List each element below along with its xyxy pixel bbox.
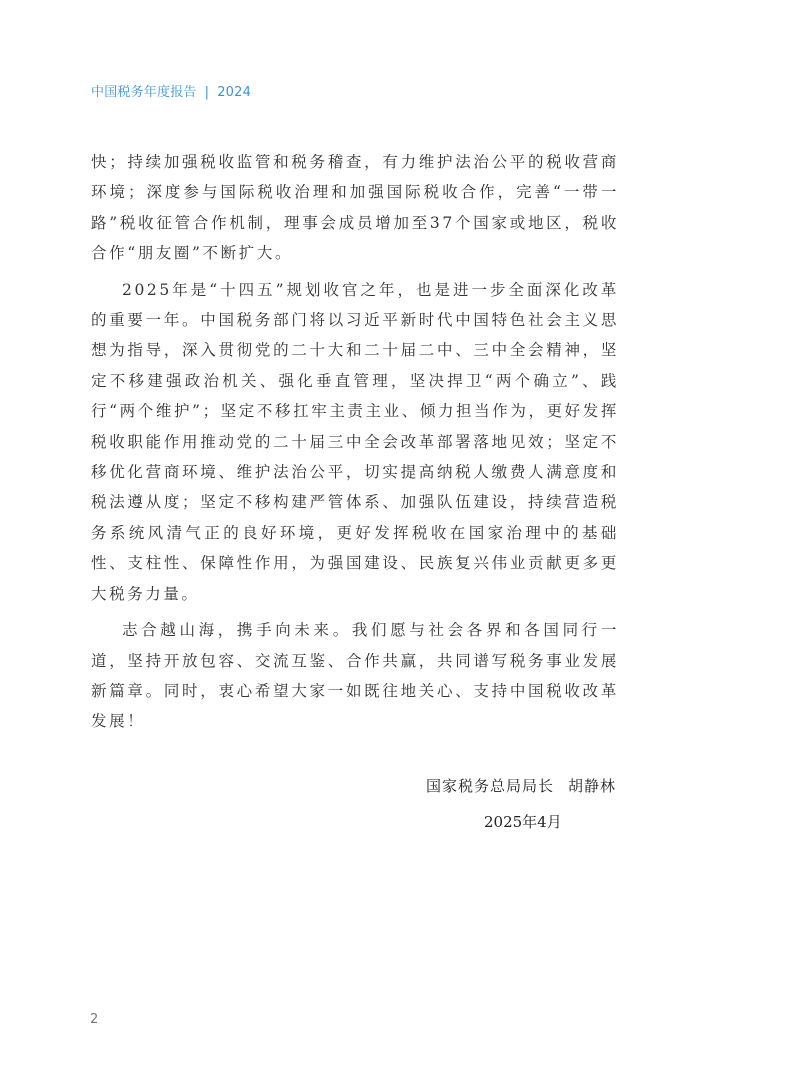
header-separator: | <box>205 85 210 100</box>
document-body: 快；持续加强税收监管和税务稽查，有力维护法治公平的税收营商环境；深度参与国际税收… <box>91 147 619 737</box>
paragraph-1: 快；持续加强税收监管和税务稽查，有力维护法治公平的税收营商环境；深度参与国际税收… <box>91 147 619 269</box>
report-year: 2024 <box>217 85 251 100</box>
signature-date: 2025年4月 <box>484 811 562 832</box>
signatory-name: 胡静林 <box>568 777 616 795</box>
page-number: 2 <box>90 1012 98 1027</box>
report-title: 中国税务年度报告 <box>91 85 197 100</box>
paragraph-3: 志合越山海，携手向未来。我们愿与社会各界和各国同行一道，坚持开放包容、交流互鉴、… <box>91 615 619 737</box>
paragraph-2: 2025年是“十四五”规划收官之年，也是进一步全面深化改革的重要一年。中国税务部… <box>91 275 619 609</box>
signatory-title: 国家税务总局局长 <box>426 777 554 795</box>
running-header: 中国税务年度报告|2024 <box>91 81 251 100</box>
signature-line: 国家税务总局局长胡静林 <box>426 775 616 796</box>
